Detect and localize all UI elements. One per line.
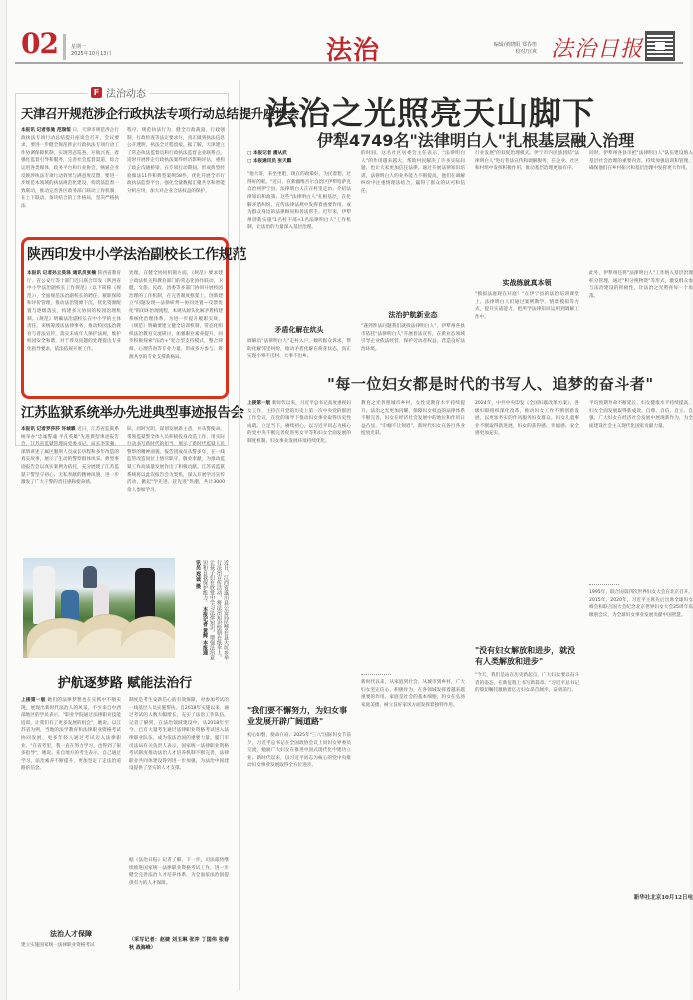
person-figure bbox=[83, 566, 97, 588]
person-figure bbox=[33, 566, 55, 624]
newspaper-page: 02 星期一 2025年10月13日 法治 编辑/黄晓阳 郑春笛 校对/宜爽 法… bbox=[6, 0, 690, 1000]
dateline: 新华社北京10月12日电 bbox=[589, 893, 693, 901]
kicker-label: 法治动态 bbox=[106, 85, 146, 100]
section-kicker: F 法治动态 bbox=[87, 84, 150, 100]
article-column: 本报讯 记者罗莎莎 许城霖 近日，江苏省监狱系统举办"忠诚警魂 平凡英雄"先进典… bbox=[21, 426, 119, 522]
article-column: 教育之光普照城市乡村，女性受教育水平持续提升。法治之光更加闪耀，保障妇女权益的法… bbox=[361, 400, 465, 990]
reporter-byline: □ 本报记者 潘从武 bbox=[247, 150, 351, 158]
article-title[interactable]: 江苏监狱系统举办先进典型事迹报告会 bbox=[21, 402, 225, 421]
paper-logo: 法治日报 bbox=[551, 32, 643, 63]
lead-in: 上接第一版 bbox=[21, 698, 46, 703]
article-column: 处理。在健全协同机制方面，《规范》要求建立政法机关和教育部门的常态化协作联动，卫… bbox=[129, 270, 223, 392]
subheading: 法治护航新业态 bbox=[361, 310, 465, 320]
section-separator bbox=[589, 584, 619, 585]
page-number-divider bbox=[63, 34, 66, 60]
qr-code-icon[interactable] bbox=[645, 31, 675, 61]
main-subheadline: 伊犁4749名"法律明白人"扎根基层融入治理 bbox=[317, 128, 634, 151]
subheading: 法治人才保障 bbox=[21, 929, 121, 939]
article-column: 本报讯 记者张驰 范瑞恒 日，天津市规范涉企行政执法专项行动总结提升座谈会召开，… bbox=[21, 127, 119, 239]
article-column: 平均预期寿命不断延长，妇女健康水平持续提高，妇女全面发展取得新成效。自尊、自信、… bbox=[589, 400, 693, 990]
article-title[interactable]: 天津召开规范涉企行政执法专项行动总结提升座谈会 bbox=[21, 104, 225, 122]
pull-quote: "没有妇女解放和进步，就没有人类解放和进步" bbox=[475, 645, 579, 667]
section-separator bbox=[361, 674, 391, 675]
article-column: 上接第一版 她们的法律梦想也在实践中不断实现，展现出新时代法治人的风采。不少来自… bbox=[21, 697, 121, 952]
article-column: 程序，规范执法行为，健全行政裁量，行政强制，行政检查等法定要求行，真正做到执法信… bbox=[127, 127, 225, 239]
article-exam[interactable]: 护航逐梦路 赋能法治行 上接第一版 她们的法律梦想也在实践中不断实现，展现出新时… bbox=[21, 672, 229, 952]
byline: 本报讯 记者罗莎莎 许城霖 bbox=[21, 427, 76, 432]
article-column: 的时间。这名社区居委会主任表示，"法律明白人"的作用越来越大，帮助村民解决了许多… bbox=[361, 150, 465, 366]
news-photo[interactable] bbox=[23, 558, 175, 658]
second-article-body: 上接第一版 新时代以来，习近平总书记高度重视妇女工作，主持召开党的历史上第一次中… bbox=[247, 400, 693, 990]
photo-caption: 近日，江西省遂川县公安局民警在县大坑乡举行法治宣传活动，将法治知识绘制在纸伞上，… bbox=[179, 560, 229, 660]
subheading: 实战练就真本领 bbox=[475, 278, 579, 288]
page-number: 02 bbox=[21, 28, 58, 60]
pull-quote: "我们要不懈努力，为妇女事业发展开辟广阔道路" bbox=[247, 705, 351, 727]
article-column: 2024年，中共中央印发《全国妇联改革方案》，各级妇联组织深化改革，推动妇女工作… bbox=[475, 400, 579, 990]
lead-in: 上接第一版 bbox=[247, 401, 270, 406]
byline: 本报讯 记者孙立昊泽 通讯员张楠 bbox=[27, 271, 96, 276]
masthead: 02 星期一 2025年10月13日 法治 编辑/黄晓阳 郑春笛 校对/宜爽 法… bbox=[15, 28, 683, 64]
article-tianjin[interactable]: 天津召开规范涉企行政执法专项行动总结提升座谈会 本报讯 记者张驰 范瑞恒 日，天… bbox=[21, 104, 225, 239]
main-article-body: □ 本报记者 潘从武 □ 本报通讯员 张天麒 "他大哥，来坐坐吧，现在的政策好，… bbox=[247, 150, 693, 366]
article-title[interactable]: 护航逐梦路 赋能法治行 bbox=[21, 672, 229, 691]
article-column: 上接第一版 新时代以来，习近平总书记高度重视妇女工作，主持召开党的历史上第一次中… bbox=[247, 400, 351, 990]
article-jiangsu[interactable]: 江苏监狱系统举办先进典型事迹报告会 本报讯 记者罗莎莎 许城霖 近日，江苏省监狱… bbox=[21, 402, 225, 522]
date-block: 星期一 2025年10月13日 bbox=[71, 44, 111, 58]
paper-umbrella bbox=[121, 616, 175, 658]
article-column: 际，同时光阴，谋划发展新主意，并从警使命。带领监狱警全体人员积极投身改造工作，用… bbox=[127, 426, 225, 522]
article-column: 行业发展"的双促治理模式。伊宁市内民族团结"法律明白人"进行普法宣传和调解服务，… bbox=[475, 150, 579, 366]
reporter-credits: （采写记者：赵婕 刘玉琳 张冲 丁国伟 张春秋 战海峰） bbox=[129, 937, 229, 952]
section-title: 法治 bbox=[326, 30, 380, 67]
article-column: 制度是考生安新信心的有效保障，对参加考试的一线基层人员实施帮扶，自2018年实施… bbox=[129, 697, 229, 952]
editors-credit: 编辑/黄晓阳 郑春笛 校对/宜爽 bbox=[494, 42, 537, 56]
issue-date: 2025年10月13日 bbox=[71, 51, 111, 58]
legal-news-icon: F bbox=[91, 87, 102, 98]
correspondent-byline: □ 本报通讯员 张天麒 bbox=[247, 158, 351, 166]
byline: 本报讯 记者张驰 范瑞恒 bbox=[21, 128, 71, 133]
article-shaanxi[interactable]: 陕西印发中小学法治副校长工作规范 本报讯 记者孙立昊泽 通讯员张楠 陕西省教育厅… bbox=[27, 244, 223, 392]
person-figure bbox=[61, 590, 79, 620]
article-column: 本报讯 记者孙立昊泽 通讯员张楠 陕西省教育厅、省公安厅等十部门近日联合印发《陕… bbox=[27, 270, 121, 392]
weekday: 星期一 bbox=[71, 44, 111, 51]
editors-line: 编辑/黄晓阳 郑春笛 bbox=[494, 42, 537, 49]
article-title[interactable]: 陕西印发中小学法治副校长工作规范 bbox=[27, 244, 223, 264]
proofreader-line: 校对/宜爽 bbox=[494, 49, 537, 56]
article-column: □ 本报记者 潘从武 □ 本报通讯员 张天麒 "他大哥，来坐坐吧，现在的政策好，… bbox=[247, 150, 351, 366]
second-headline[interactable]: "每一位妇女都是时代的书写人、追梦的奋斗者" bbox=[327, 373, 654, 394]
subheading: 矛盾化解在炕头 bbox=[247, 325, 351, 335]
column-divider bbox=[239, 80, 240, 990]
article-column: 同时，伊犁州各县市把"法律明白人"队伍建设纳入基层社会治理的重要内容，持续加强培… bbox=[589, 150, 693, 366]
